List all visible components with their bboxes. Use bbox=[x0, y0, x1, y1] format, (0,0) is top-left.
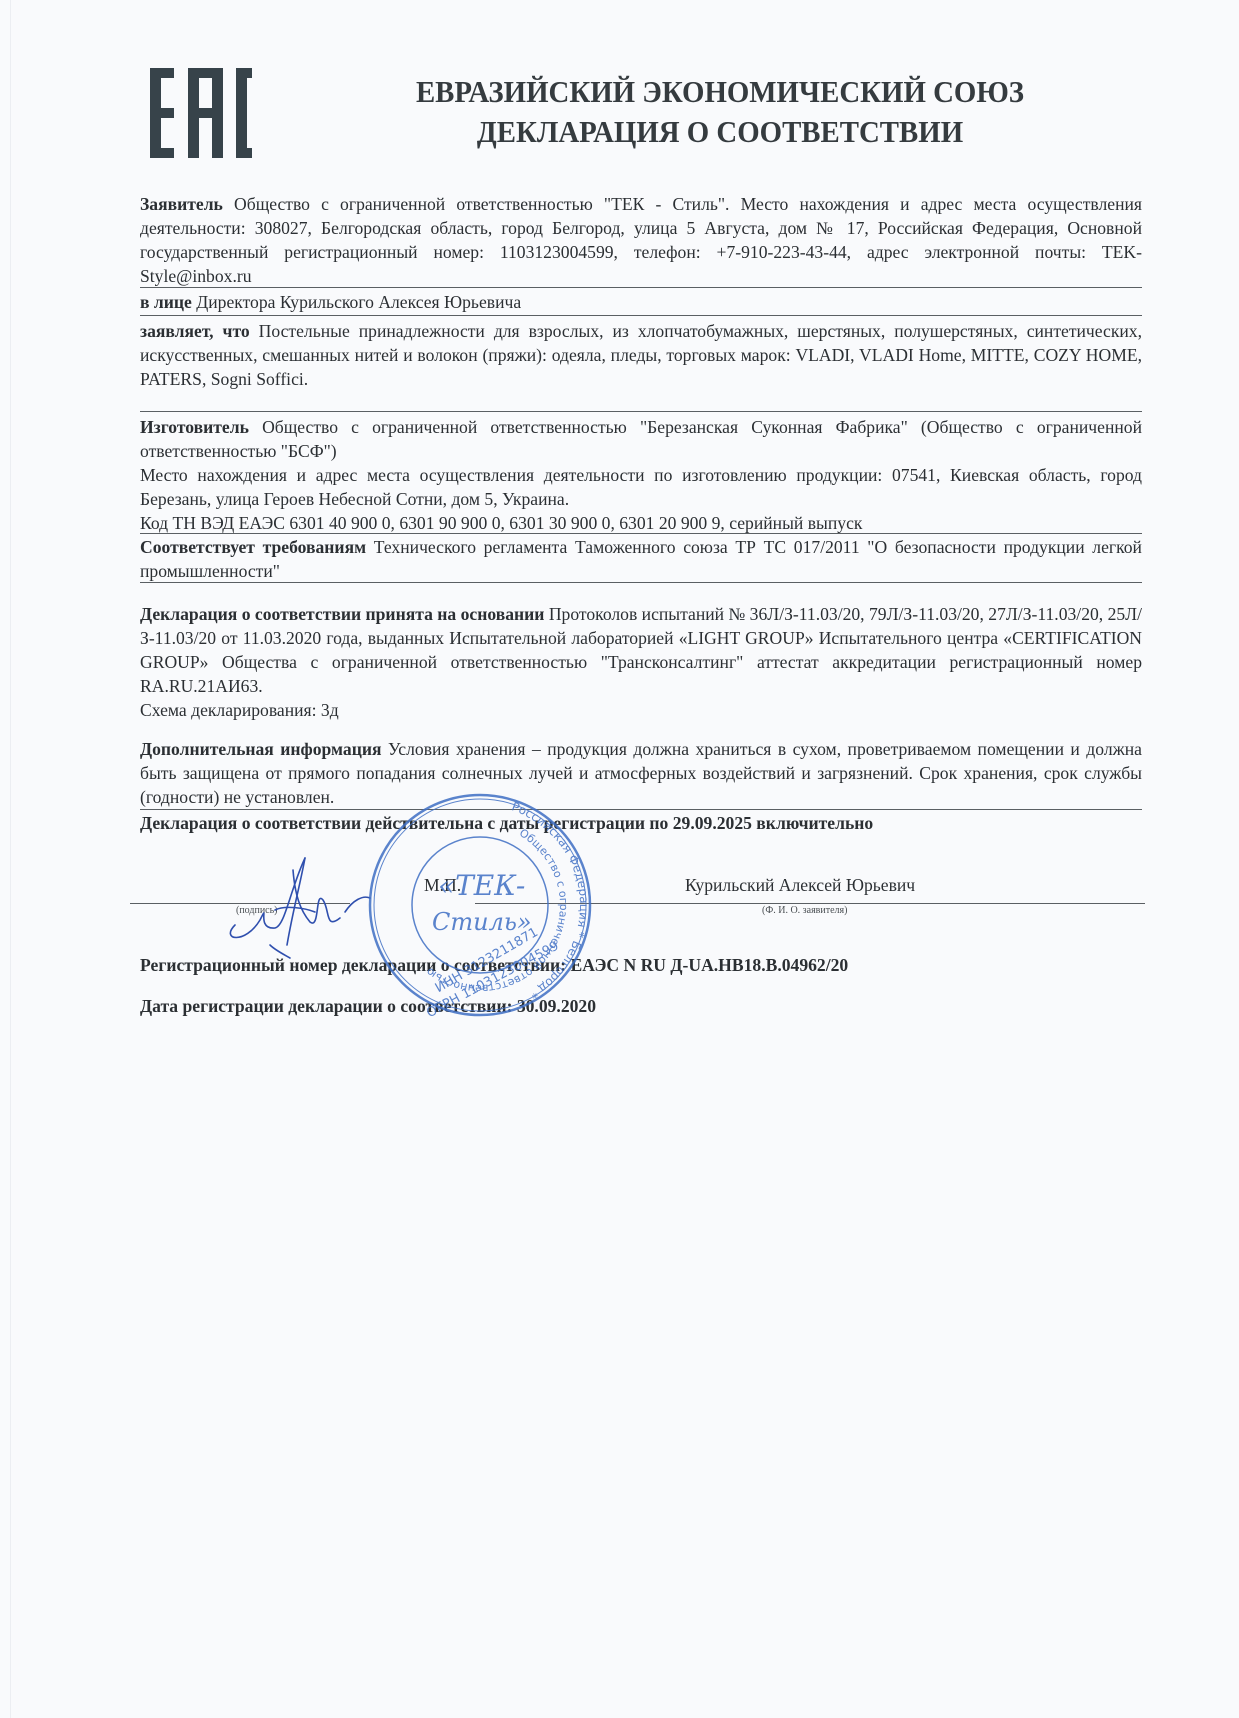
signer-name: Курильский Алексей Юрьевич bbox=[685, 875, 915, 896]
company-stamp-icon: Российская Федерация * Белгород * Общест… bbox=[360, 790, 600, 1020]
svg-text:Стиль»: Стиль» bbox=[432, 908, 532, 936]
additional-info-label: Дополнительная информация bbox=[140, 739, 382, 759]
manufacturer-text: Общество с ограниченной ответственностью… bbox=[140, 417, 1142, 461]
applicant-label: Заявитель bbox=[140, 194, 223, 214]
tnved-codes: Код ТН ВЭД ЕАЭС 6301 40 900 0, 6301 90 9… bbox=[140, 511, 1142, 535]
represented-by-label: в лице bbox=[140, 292, 192, 312]
title-line-declaration: ДЕКЛАРАЦИЯ О СООТВЕТСТВИИ bbox=[395, 112, 1046, 152]
eac-logo-icon bbox=[150, 68, 252, 158]
applicant-section: Заявитель Общество с ограниченной ответс… bbox=[140, 192, 1142, 287]
basis-label: Декларация о соответствии принята на осн… bbox=[140, 604, 544, 624]
manufacturer-address: Место нахождения и адрес места осуществл… bbox=[140, 463, 1142, 511]
declares-text: Постельные принадлежности для взрослых, … bbox=[140, 321, 1142, 389]
title-line-union: ЕВРАЗИЙСКИЙ ЭКОНОМИЧЕСКИЙ СОЮЗ bbox=[395, 72, 1046, 112]
basis-section: Декларация о соответствии принята на осн… bbox=[140, 583, 1142, 727]
manufacturer-label: Изготовитель bbox=[140, 417, 249, 437]
declares-section: заявляет, что Постельные принадлежности … bbox=[140, 316, 1142, 411]
conforms-label: Соответствует требованиям bbox=[140, 537, 366, 557]
represented-by-text: Директора Курильского Алексея Юрьевича bbox=[196, 292, 521, 312]
document-title: ЕВРАЗИЙСКИЙ ЭКОНОМИЧЕСКИЙ СОЮЗ ДЕКЛАРАЦИ… bbox=[395, 72, 1046, 152]
manufacturer-section: Изготовитель Общество с ограниченной отв… bbox=[140, 412, 1142, 533]
additional-info-section: Дополнительная информация Условия хранен… bbox=[140, 727, 1142, 809]
declaration-scheme: Схема декларирования: 3д bbox=[140, 698, 1142, 722]
validity-section: Декларация о соответствии действительна … bbox=[140, 810, 1142, 836]
signature-scribble-icon bbox=[215, 850, 375, 960]
declaration-page: ЕВРАЗИЙСКИЙ ЭКОНОМИЧЕСКИЙ СОЮЗ ДЕКЛАРАЦИ… bbox=[0, 0, 1239, 1718]
registration-date: Дата регистрации декларации о соответств… bbox=[140, 994, 1142, 1018]
represented-by-section: в лице Директора Курильского Алексея Юрь… bbox=[140, 288, 1142, 315]
declares-label: заявляет, что bbox=[140, 321, 250, 341]
scan-edge bbox=[10, 0, 11, 1718]
conforms-section: Соответствует требованиям Технического р… bbox=[140, 534, 1142, 582]
svg-text:«ТЕК-: «ТЕК- bbox=[438, 869, 525, 902]
applicant-text: Общество с ограниченной ответственностью… bbox=[140, 194, 1142, 286]
name-caption: (Ф. И. О. заявителя) bbox=[762, 905, 847, 916]
